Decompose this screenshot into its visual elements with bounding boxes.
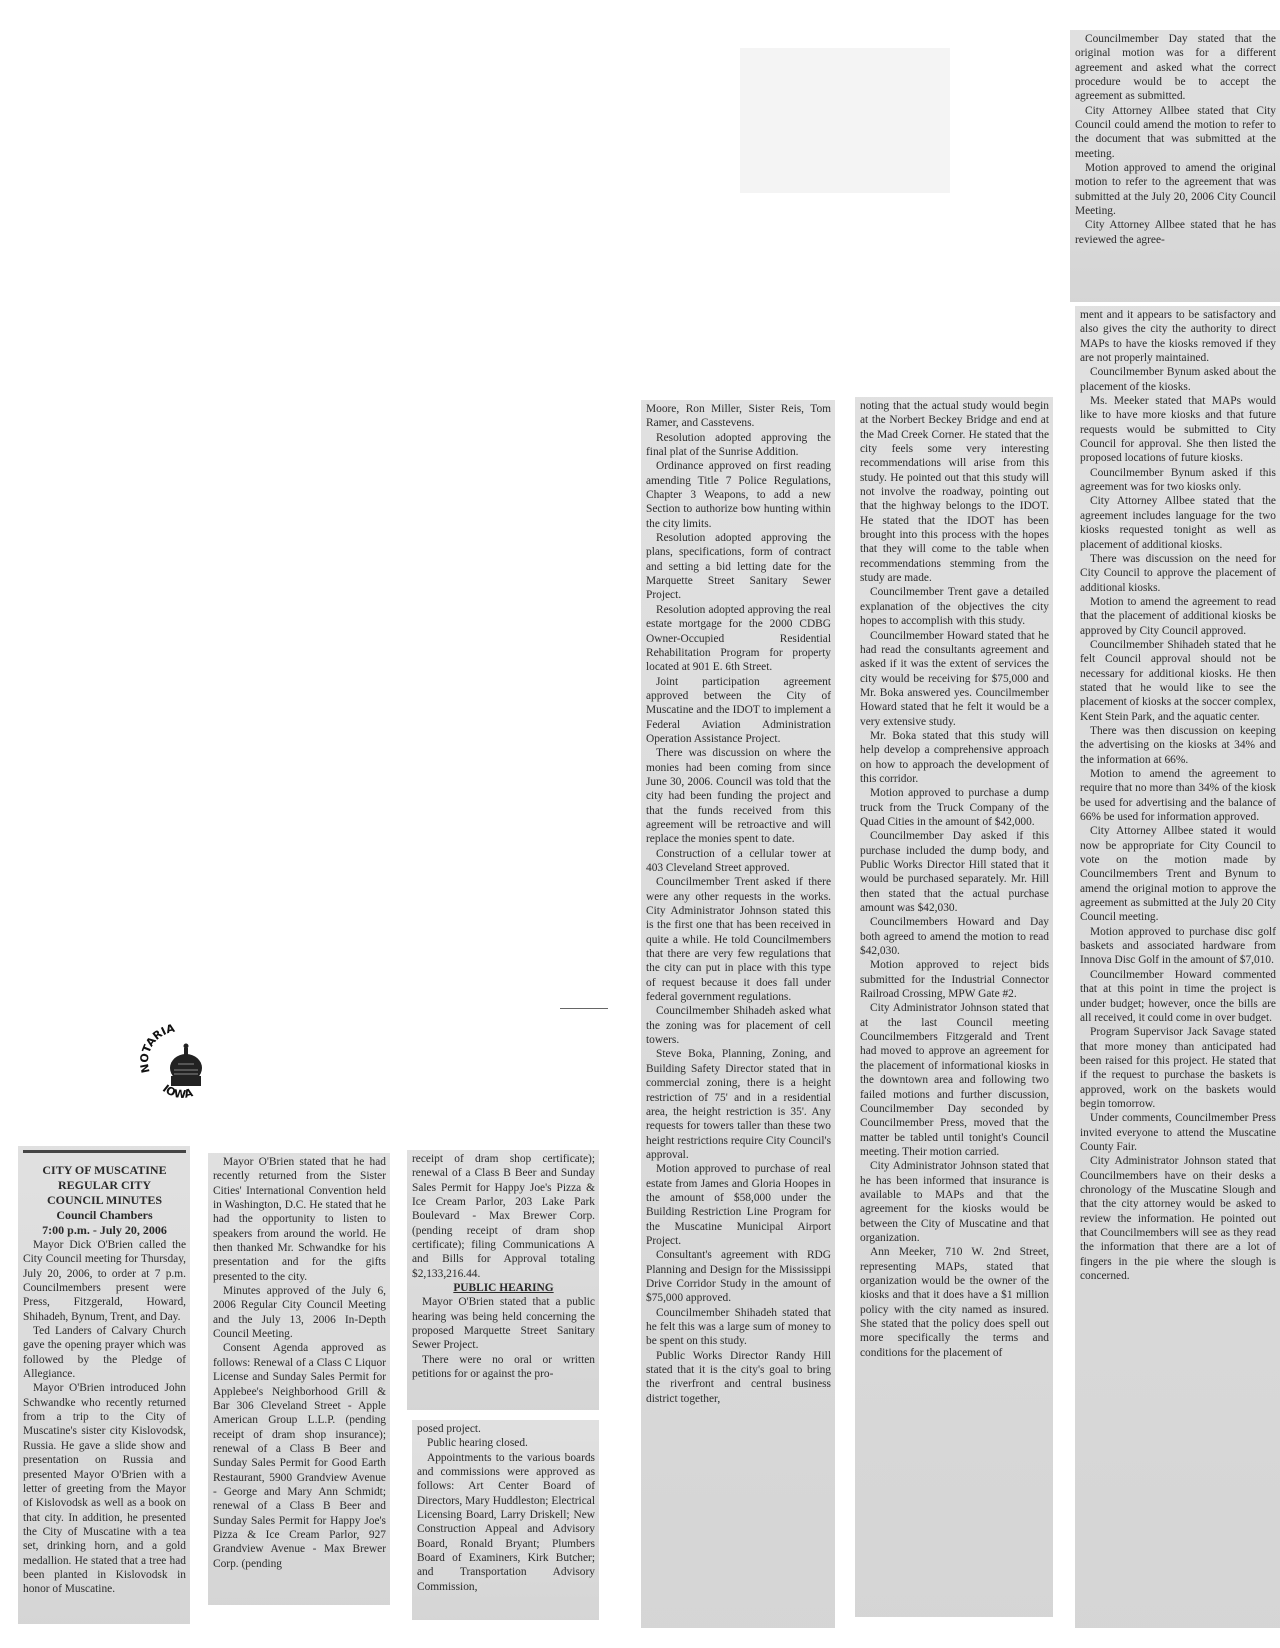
- capitol-dome-icon: NOTARIA IOWA: [140, 1020, 220, 1100]
- paragraph: City Administrator Johnson stated that a…: [860, 1001, 1049, 1159]
- paragraph: City Administrator Johnson stated that C…: [1080, 1154, 1276, 1283]
- column-3-upper: receipt of dram shop certificate); renew…: [407, 1150, 599, 1410]
- paragraph: Ann Meeker, 710 W. 2nd Street, represent…: [860, 1245, 1049, 1360]
- paragraph: Motion to amend the agreement to require…: [1080, 767, 1276, 824]
- public-hearing-heading: PUBLIC HEARING: [412, 1281, 595, 1295]
- article-title-line-3: COUNCIL MINUTES: [23, 1193, 186, 1208]
- paragraph: Consultant's agreement with RDG Planning…: [646, 1248, 831, 1305]
- scan-artifact: [740, 48, 950, 193]
- paragraph: Mayor O'Brien introduced John Schwandke …: [23, 1381, 186, 1596]
- column-6-lower: ment and it appears to be satisfactory a…: [1075, 306, 1280, 1628]
- article-title-line-2: REGULAR CITY: [23, 1178, 186, 1193]
- paragraph: Mayor O'Brien stated that a public heari…: [412, 1295, 595, 1352]
- paragraph: City Administrator Johnson stated that h…: [860, 1159, 1049, 1245]
- paragraph: Steve Boka, Planning, Zoning, and Buildi…: [646, 1047, 831, 1162]
- paragraph: noting that the actual study would begin…: [860, 399, 1049, 585]
- paragraph: Joint participation agreement approved b…: [646, 675, 831, 747]
- paragraph: Under comments, Councilmember Press invi…: [1080, 1111, 1276, 1154]
- paragraph: Ted Landers of Calvary Church gave the o…: [23, 1324, 186, 1381]
- paragraph: Program Supervisor Jack Savage stated th…: [1080, 1025, 1276, 1111]
- column-3-lower: posed project. Public hearing closed. Ap…: [412, 1420, 599, 1620]
- paragraph: posed project.: [417, 1422, 595, 1436]
- paragraph: Public Works Director Randy Hill stated …: [646, 1349, 831, 1406]
- paragraph: Councilmember Bynum asked about the plac…: [1080, 365, 1276, 394]
- paragraph: Ms. Meeker stated that MAPs would like t…: [1080, 394, 1276, 466]
- article-title-line-1: CITY OF MUSCATINE: [23, 1163, 186, 1178]
- paragraph: Councilmember Shihadeh asked what the zo…: [646, 1004, 831, 1047]
- column-4: Moore, Ron Miller, Sister Reis, Tom Rame…: [641, 400, 835, 1628]
- paragraph: City Attorney Allbee stated that City Co…: [1075, 104, 1276, 161]
- paragraph: Ordinance approved on first reading amen…: [646, 459, 831, 531]
- paragraph: Councilmember Bynum asked if this agreem…: [1080, 466, 1276, 495]
- paragraph: Councilmember Shihadeh stated that he fe…: [1080, 638, 1276, 724]
- paragraph: There was discussion on where the monies…: [646, 746, 831, 846]
- paragraph: Councilmember Day asked if this purchase…: [860, 829, 1049, 915]
- paragraph: Mayor Dick O'Brien called the City Counc…: [23, 1238, 186, 1324]
- paragraph: Consent Agenda approved as follows: Rene…: [213, 1341, 386, 1571]
- meeting-location: Council Chambers: [23, 1208, 186, 1223]
- paragraph: Public hearing closed.: [417, 1436, 595, 1450]
- paragraph: Councilmember Day stated that the origin…: [1075, 32, 1276, 104]
- paragraph: Councilmember Trent asked if there were …: [646, 875, 831, 1004]
- meeting-datetime: 7:00 p.m. - July 20, 2006: [23, 1223, 186, 1238]
- paragraph: Mr. Boka stated that this study will hel…: [860, 729, 1049, 786]
- paragraph: Motion approved to purchase of real esta…: [646, 1162, 831, 1248]
- paragraph: Mayor O'Brien stated that he had recentl…: [213, 1155, 386, 1284]
- paragraph: Councilmember Howard commented that at t…: [1080, 968, 1276, 1025]
- paragraph: Motion approved to amend the original mo…: [1075, 161, 1276, 218]
- paragraph: There was then discussion on keeping the…: [1080, 724, 1276, 767]
- paragraph: City Attorney Allbee stated that the agr…: [1080, 494, 1276, 551]
- paragraph: Motion to amend the agreement to read th…: [1080, 595, 1276, 638]
- paragraph: Motion approved to purchase disc golf ba…: [1080, 925, 1276, 968]
- paragraph: Resolution adopted approving the final p…: [646, 431, 831, 460]
- paragraph: Councilmember Shihadeh stated that he fe…: [646, 1306, 831, 1349]
- paragraph: City Attorney Allbee stated it would now…: [1080, 824, 1276, 924]
- paragraph: ment and it appears to be satisfactory a…: [1080, 308, 1276, 365]
- paragraph: There was discussion on the need for Cit…: [1080, 552, 1276, 595]
- notaria-iowa-seal: NOTARIA IOWA: [140, 1020, 220, 1100]
- column-5: noting that the actual study would begin…: [855, 397, 1053, 1617]
- paragraph: Councilmembers Howard and Day both agree…: [860, 915, 1049, 958]
- column-1: CITY OF MUSCATINE REGULAR CITY COUNCIL M…: [18, 1146, 190, 1624]
- paragraph: City Attorney Allbee stated that he has …: [1075, 218, 1276, 247]
- paragraph: Resolution adopted approving the plans, …: [646, 531, 831, 603]
- paragraph: Councilmember Howard stated that he had …: [860, 629, 1049, 729]
- paragraph: Councilmember Trent gave a detailed expl…: [860, 585, 1049, 628]
- column-2: Mayor O'Brien stated that he had recentl…: [208, 1153, 390, 1605]
- paragraph: Minutes approved of the July 6, 2006 Reg…: [213, 1284, 386, 1341]
- paragraph: Appointments to the various boards and c…: [417, 1451, 595, 1594]
- paragraph: Moore, Ron Miller, Sister Reis, Tom Rame…: [646, 402, 831, 431]
- paragraph: receipt of dram shop certificate); renew…: [412, 1152, 595, 1281]
- connector-line: [560, 1008, 608, 1009]
- column-6-upper: Councilmember Day stated that the origin…: [1070, 30, 1280, 302]
- paragraph: Motion approved to purchase a dump truck…: [860, 786, 1049, 829]
- paragraph: There were no oral or written petitions …: [412, 1353, 595, 1382]
- paragraph: Motion approved to reject bids submitted…: [860, 958, 1049, 1001]
- paragraph: Construction of a cellular tower at 403 …: [646, 847, 831, 876]
- header-rule: [23, 1150, 186, 1153]
- paragraph: Resolution adopted approving the real es…: [646, 603, 831, 675]
